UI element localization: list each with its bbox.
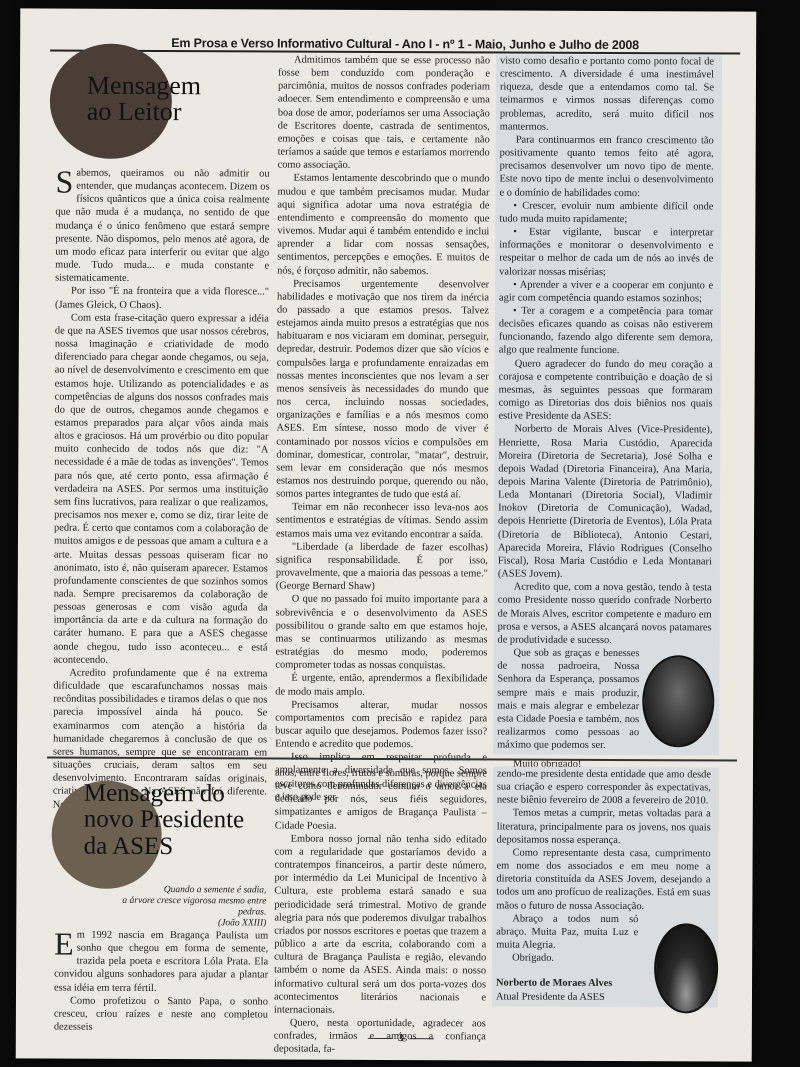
- dash-left: [368, 1038, 392, 1039]
- epigraph: Quando a semente é sadia, a árvore cresc…: [96, 885, 266, 930]
- article1-paragraph: Admitimos também que se esse processo nã…: [278, 54, 491, 173]
- president-photo: [654, 923, 718, 1013]
- author-photo: [642, 655, 714, 747]
- article1-paragraph: Precisamos urgentemente desenvolver habi…: [276, 277, 489, 502]
- article1-paragraph: Precisamos alterar, mudar nossos comport…: [275, 698, 487, 752]
- article2-paragraph: Abraço a todos num só abraço. Muita Paz,…: [496, 912, 638, 952]
- article2-paragraph: Como representante desta casa, cumprimen…: [496, 846, 710, 913]
- article2-paragraph: Em 1992 nascia em Bragança Paulista um s…: [54, 929, 268, 996]
- dash-right: [410, 1038, 434, 1039]
- article2-title: Mensagem do novo Presidente da ASES: [84, 781, 245, 860]
- article1-paragraph: É urgente, então, aprendermos a flexibil…: [275, 672, 487, 699]
- article2-paragraph: zendo-me presidente desta entidade que a…: [497, 767, 711, 807]
- epigraph-line: Quando a semente é sadia,: [96, 885, 266, 897]
- page-number-value: 3: [398, 1032, 404, 1044]
- article1-paragraph: visto como desafio e portanto como ponto…: [500, 54, 714, 134]
- article1-paragraph: "Liberdade (a liberdade de fazer escolha…: [276, 540, 488, 594]
- paragraph-text: m 1992 nascia em Bragança Paulista um so…: [54, 930, 268, 994]
- article2-title-line2: novo Presidente: [84, 807, 245, 834]
- article1-title: Mensagem ao Leitor: [87, 73, 201, 125]
- article1-paragraph: Acredito que, com a nova gestão, tendo à…: [498, 581, 712, 648]
- dropcap: E: [54, 931, 74, 957]
- article1-paragraph: Com esta frase-citação quero expressar a…: [53, 311, 269, 667]
- dropcap: S: [55, 169, 73, 195]
- article2-column1: Em 1992 nascia em Bragança Paulista um s…: [54, 929, 268, 1035]
- article2-paragraph: Embora nosso jornal não tenha sido edita…: [274, 832, 487, 1017]
- article1-column1: Sabemos, queiramos ou não admitir ou ent…: [53, 167, 270, 813]
- article1-paragraph: Quero agradecer do fundo do meu coração …: [498, 357, 712, 424]
- page-number: 3: [356, 1032, 446, 1044]
- article2-paragraph: Como profetizou o Santo Papa, o sonho cr…: [54, 994, 268, 1034]
- article1-title-line1: Mensagem: [87, 73, 201, 99]
- article1-column2: Admitimos também que se esse processo nã…: [275, 54, 490, 805]
- article1-paragraph: Teimar em não reconhecer isso leva-nos a…: [276, 501, 488, 541]
- article2-paragraph: anos, entre flores, frutos e sombras, po…: [275, 767, 487, 834]
- paragraph-text: abemos, queiramos ou não admitir ou ente…: [55, 168, 270, 284]
- bullet-item: • Estar vigilante, buscar e interpretar …: [499, 226, 713, 280]
- article1-paragraph: O que no passado foi muito importante pa…: [275, 593, 487, 673]
- article1-paragraph: Estamos lentamente descobrindo que o mun…: [277, 172, 489, 278]
- epigraph-author: (João XXIII): [96, 918, 266, 930]
- bullet-item: • Ter a coragem e a competência para tom…: [499, 304, 713, 358]
- newsletter-page: Em Prosa e Verso Informativo Cultural - …: [16, 8, 757, 1061]
- article2-paragraph: Temos metas a cumprir, metas voltadas pa…: [497, 807, 711, 847]
- bullet-item: • Crescer, evoluir num ambiente difícil …: [499, 199, 713, 226]
- article2-column2: anos, entre flores, frutos e sombras, po…: [274, 767, 487, 1057]
- epigraph-line: a árvore cresce vigorosa mesmo entre ped…: [96, 896, 266, 919]
- article1-paragraph: Que sob as graças e benesses de nossa pa…: [497, 647, 639, 753]
- board-members-list: Norberto de Morais Alves (Vice-President…: [498, 423, 713, 582]
- article1-paragraph: Para continuarmos em franco crescimento …: [499, 133, 713, 200]
- article1-title-line2: ao Leitor: [87, 99, 201, 125]
- article1-paragraph: Por isso "É na fronteira que a vida flor…: [55, 285, 269, 312]
- bullet-item: • Aprender a viver e a cooperar em conju…: [499, 278, 713, 305]
- article1-paragraph: Sabemos, queiramos ou não admitir ou ent…: [55, 167, 270, 286]
- article2-title-line3: da ASES: [84, 833, 245, 860]
- article2-title-line1: Mensagem do: [84, 781, 245, 808]
